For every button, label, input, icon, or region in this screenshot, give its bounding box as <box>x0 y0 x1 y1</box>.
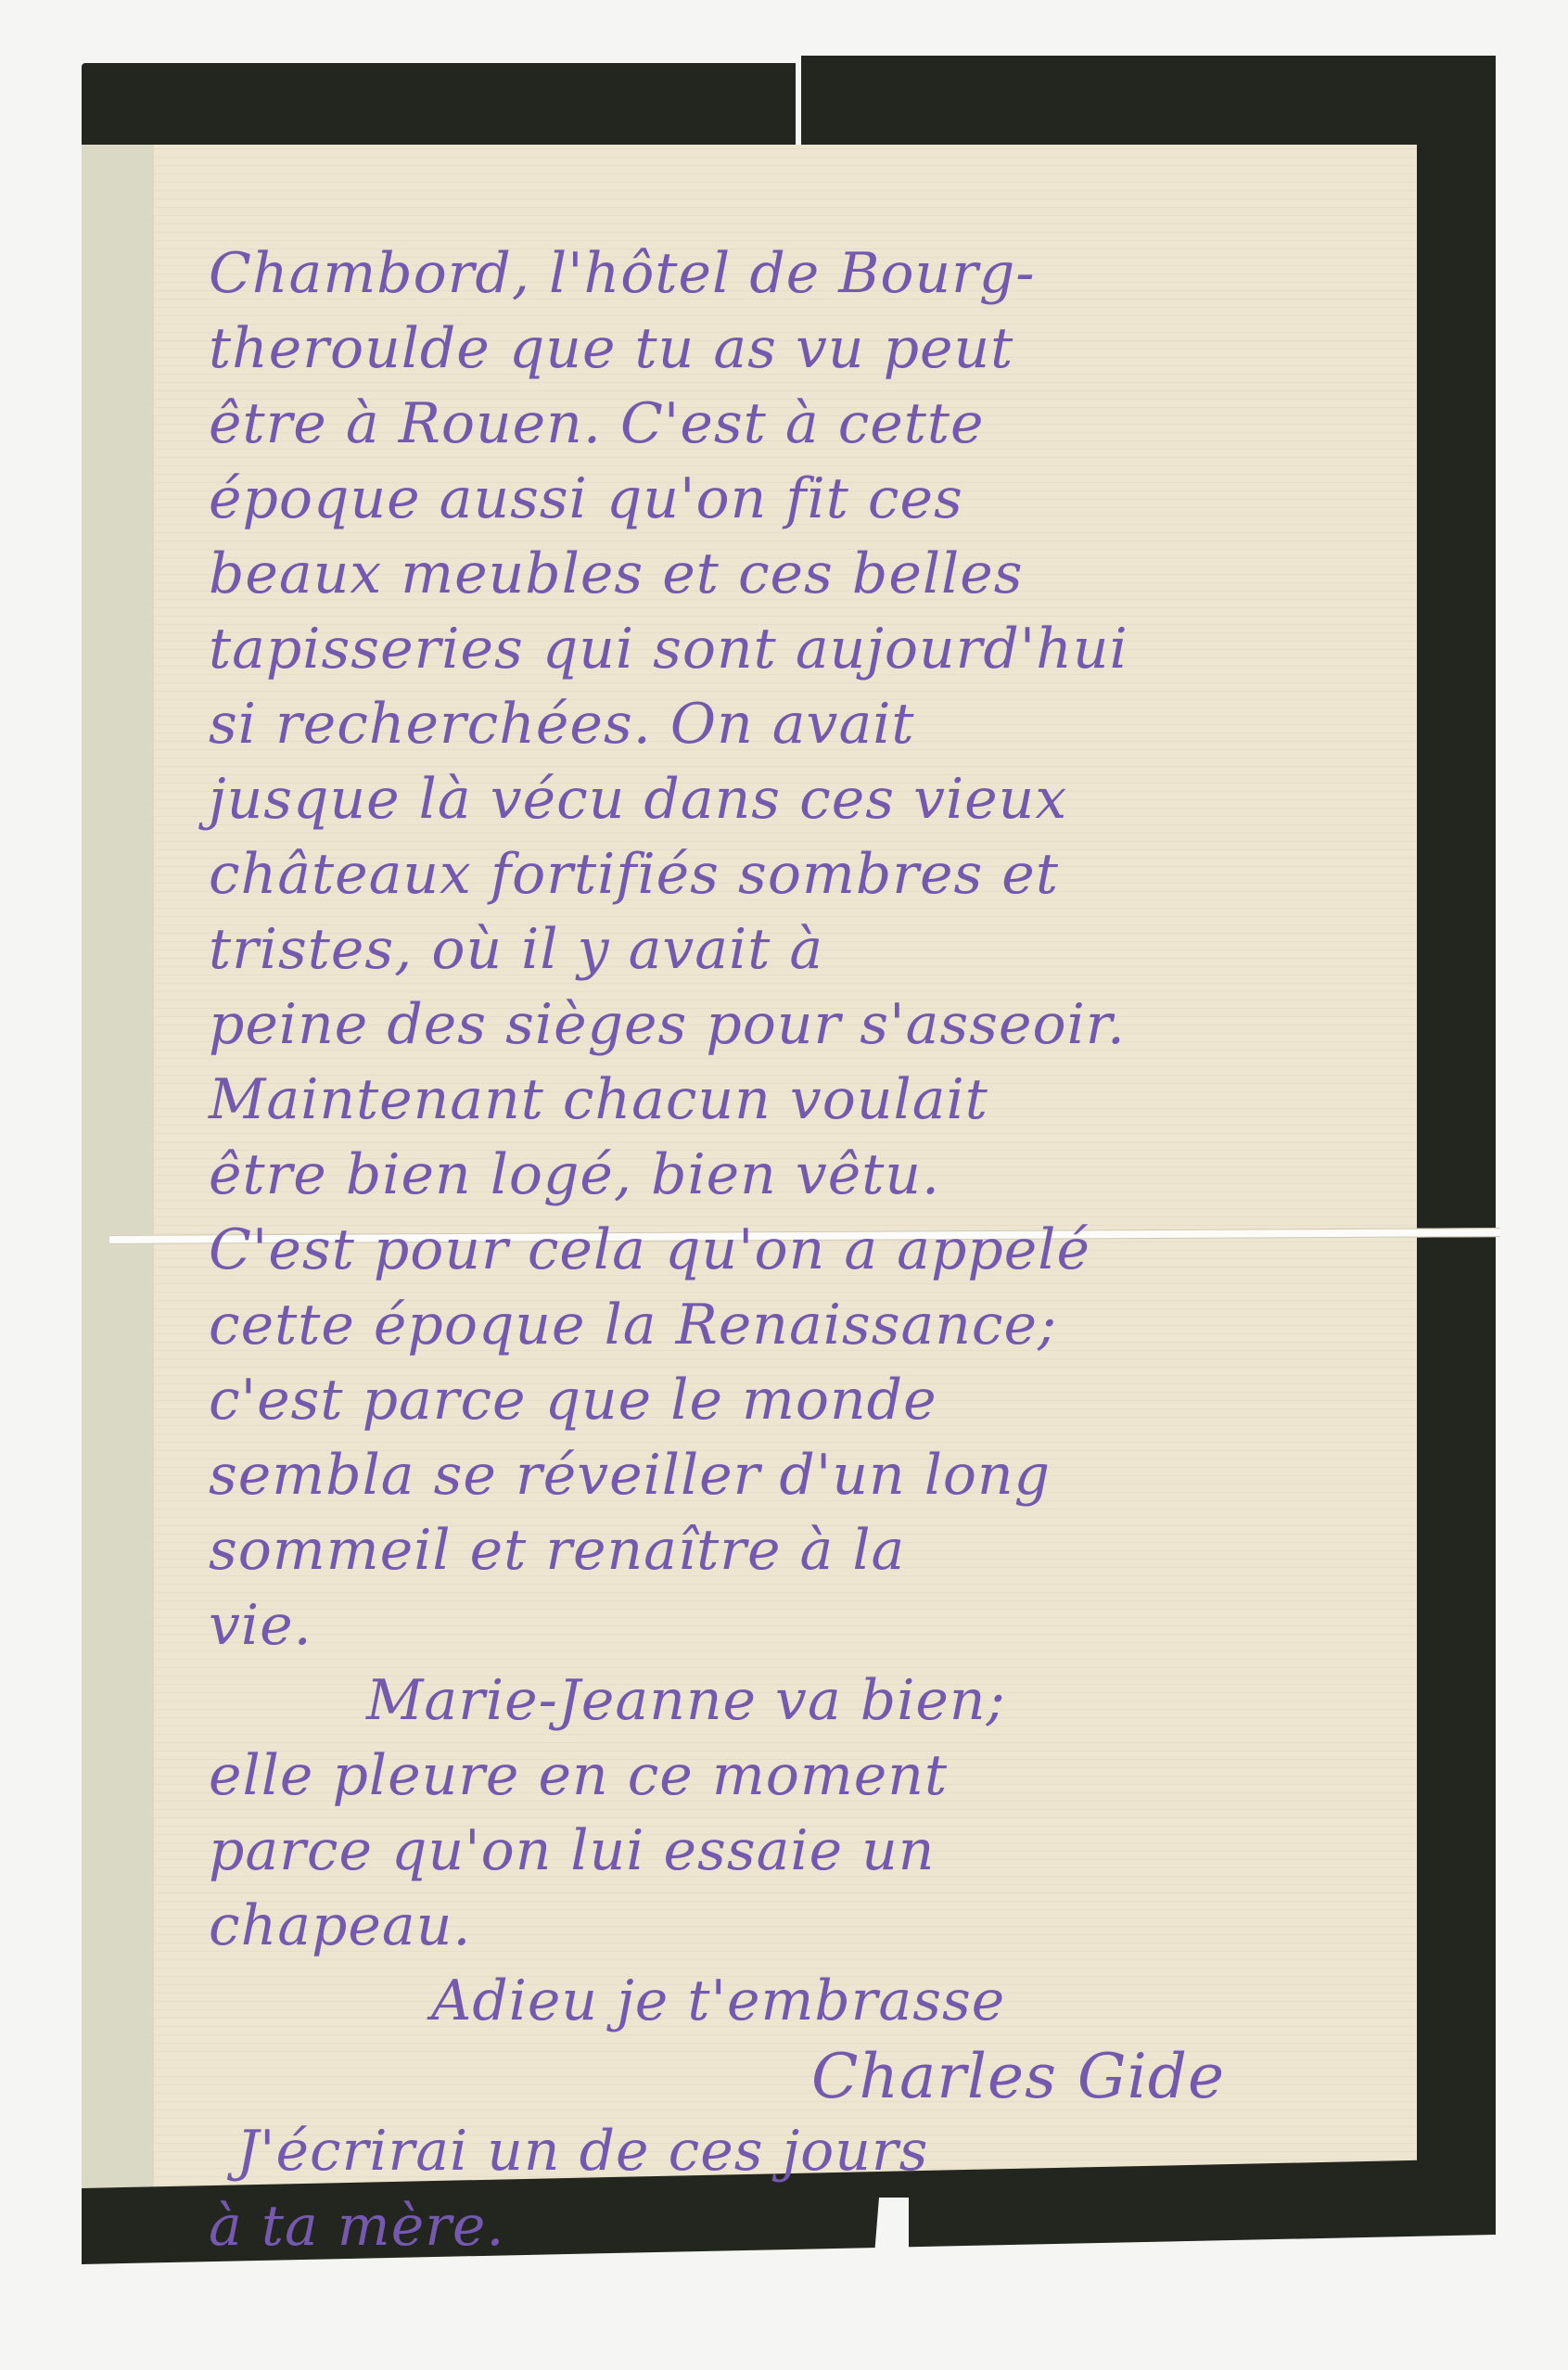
body-line: theroulde que tu as vu peut <box>209 312 1414 387</box>
body-line: jusque là vécu dans ces vieux <box>209 762 1414 837</box>
closing-line: Adieu je t'embrasse <box>209 1964 1414 2039</box>
paragraph-line: Marie-Jeanne va bien; <box>209 1663 1414 1739</box>
signature: Charles Gide <box>209 2039 1414 2114</box>
body-line: tristes, où il y avait à <box>209 912 1414 987</box>
postscript-line: à ta mère. <box>209 2189 1414 2264</box>
black-border-top-right <box>801 56 1496 147</box>
paragraph-line: elle pleure en ce moment <box>209 1739 1414 1814</box>
body-line: beaux meubles et ces belles <box>209 537 1414 612</box>
body-line: sommeil et renaître à la <box>209 1513 1414 1588</box>
black-border-top-left <box>82 63 796 147</box>
postscript-line: J'écrirai un de ces jours <box>209 2114 1414 2189</box>
folded-margin-strip <box>82 145 154 2194</box>
black-border-right <box>1417 56 1496 2198</box>
body-line: sembla se réveiller d'un long <box>209 1438 1414 1513</box>
paragraph-line: chapeau. <box>209 1889 1414 1964</box>
body-line: C'est pour cela qu'on a appelé <box>209 1213 1414 1288</box>
body-line: châteaux fortifiés sombres et <box>209 837 1414 912</box>
body-line: tapisseries qui sont aujourd'hui <box>209 612 1414 687</box>
body-line: peine des sièges pour s'asseoir. <box>209 987 1414 1063</box>
body-line: si recherchées. On avait <box>209 687 1414 762</box>
letter-text: Chambord, l'hôtel de Bourg- theroulde qu… <box>209 236 1414 2264</box>
body-line: Chambord, l'hôtel de Bourg- <box>209 236 1414 312</box>
body-line: c'est parce que le monde <box>209 1363 1414 1438</box>
body-line: être à Rouen. C'est à cette <box>209 387 1414 462</box>
body-line: cette époque la Renaissance; <box>209 1288 1414 1363</box>
body-line: vie. <box>209 1588 1414 1663</box>
paragraph-line: parce qu'on lui essaie un <box>209 1814 1414 1889</box>
body-line: époque aussi qu'on fit ces <box>209 462 1414 537</box>
body-line: être bien logé, bien vêtu. <box>209 1138 1414 1213</box>
body-line: Maintenant chacun voulait <box>209 1063 1414 1138</box>
